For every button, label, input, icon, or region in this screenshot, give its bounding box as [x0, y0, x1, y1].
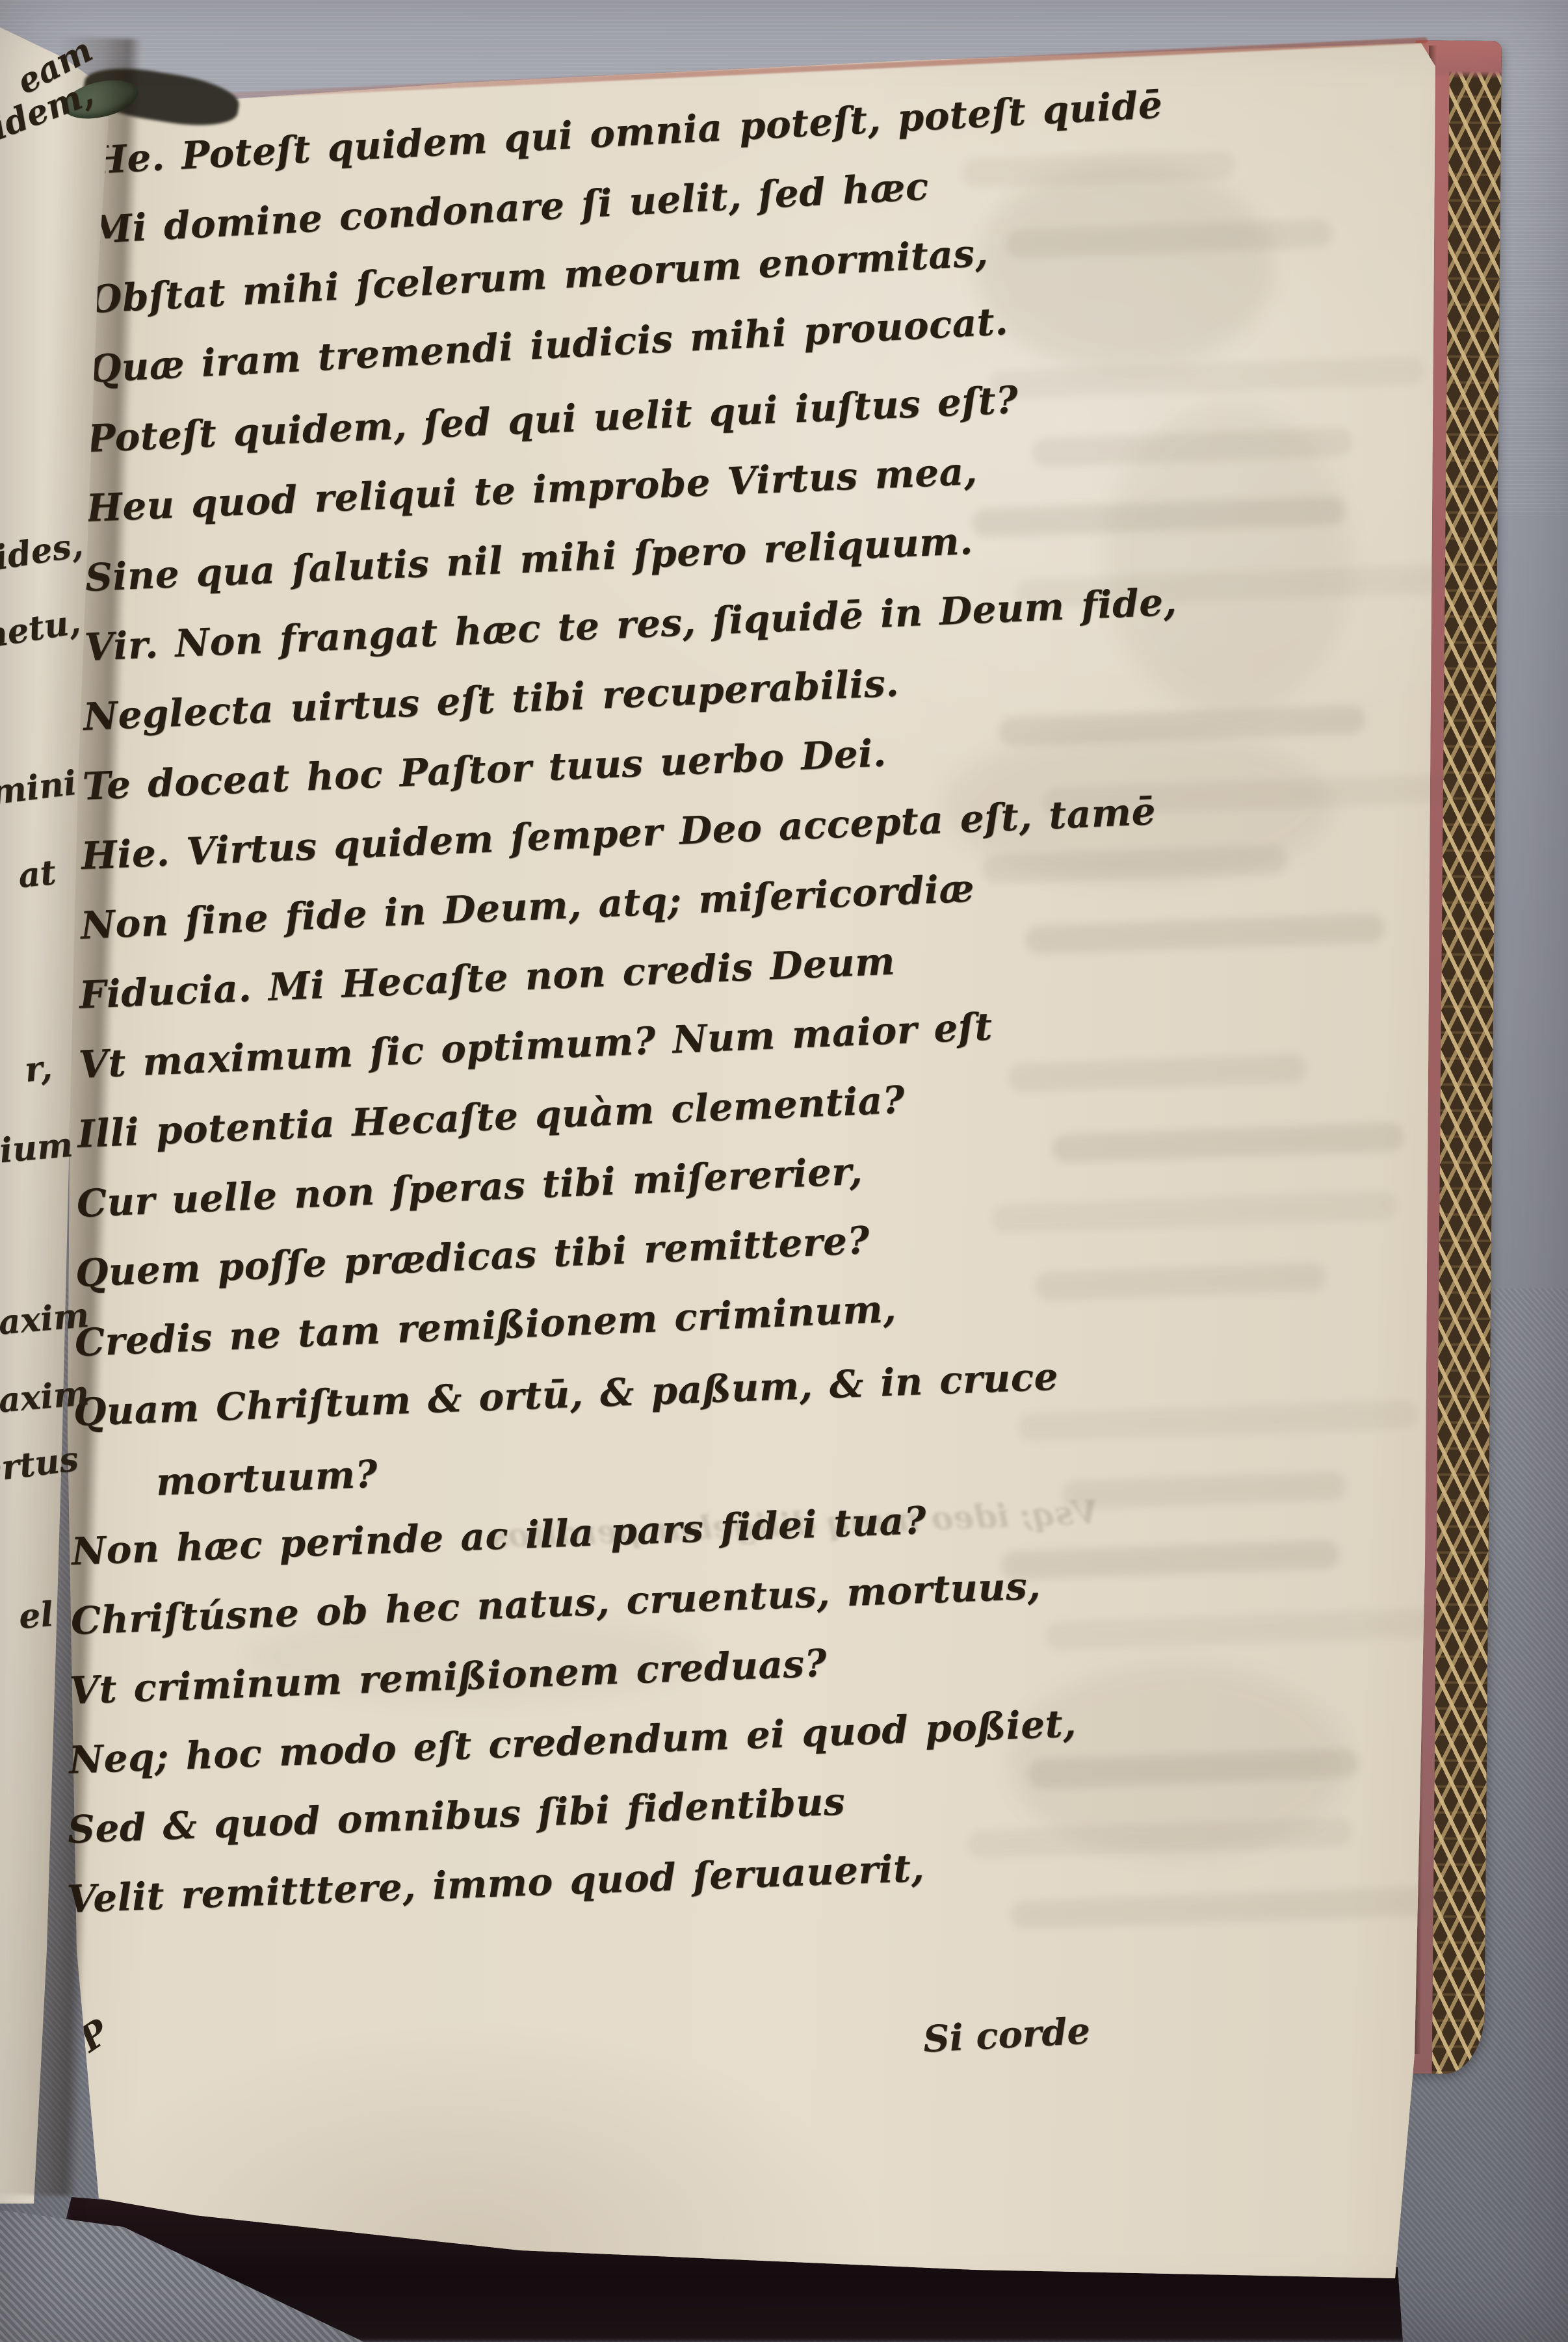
- verse-line: Neq; hoc modo eſt credendum ei quod poßi…: [68, 1700, 1077, 1783]
- verse-line: Sine qua ſalutis nil mihi ſpero reliquum…: [85, 518, 974, 601]
- verse-line: Poteſt quidem, ſed qui uelit qui iuſtus …: [86, 377, 1019, 462]
- verse-line: Neglecta uirtus eſt tibi recuperabilis.: [83, 660, 900, 740]
- verse-line: Chriſtúsne ob hec natus, cruentus, mortu…: [70, 1563, 1041, 1644]
- verse-line: Credis ne tam remißionem criminum,: [73, 1286, 897, 1366]
- verse-line: Vt maximum ſic optimum? Num maior eſt: [77, 1004, 993, 1087]
- verse-line: Cur uelle non ſperas tibi miſererier,: [75, 1148, 863, 1227]
- verse-line: Velit remitttere, immo quod ſeruauerit,: [66, 1845, 924, 1922]
- verse-line: Vt criminum remißionem creduas?: [69, 1640, 828, 1713]
- verse-line: Non hæc perinde ac illa pars fidei tua?: [71, 1498, 928, 1574]
- verse-line: Te doceat hoc Paſtor tuus uerbo Dei.: [81, 730, 887, 809]
- verse-line: mortuum?: [155, 1451, 378, 1505]
- verse-line: Illi potentia Hecaſte quàm clementia?: [77, 1077, 906, 1157]
- verse-line: Sed & quod omnibus ſibi fidentibus: [67, 1778, 846, 1853]
- verse-line: He. Poteſt quidem qui omnia poteſt, pote…: [90, 82, 1164, 183]
- catchword: Si corde: [922, 2009, 1091, 2061]
- verse-line: Quem poſſe prædicas tibi remittere?: [75, 1217, 871, 1296]
- text-block: Si corde He. Poteſt quidem qui omnia pot…: [0, 0, 1568, 2342]
- verse-line: Non ſine fide in Deum, atq; miſericordiæ: [79, 865, 975, 948]
- verse-line: Fiducia. Mi Hecaſte non credis Deum: [79, 938, 896, 1018]
- verse-line: Quam Chriſtum & ortū, & paßum, & in cruc…: [73, 1353, 1059, 1435]
- verse-line: Heu quod reliqui te improbe Virtus mea,: [85, 449, 978, 531]
